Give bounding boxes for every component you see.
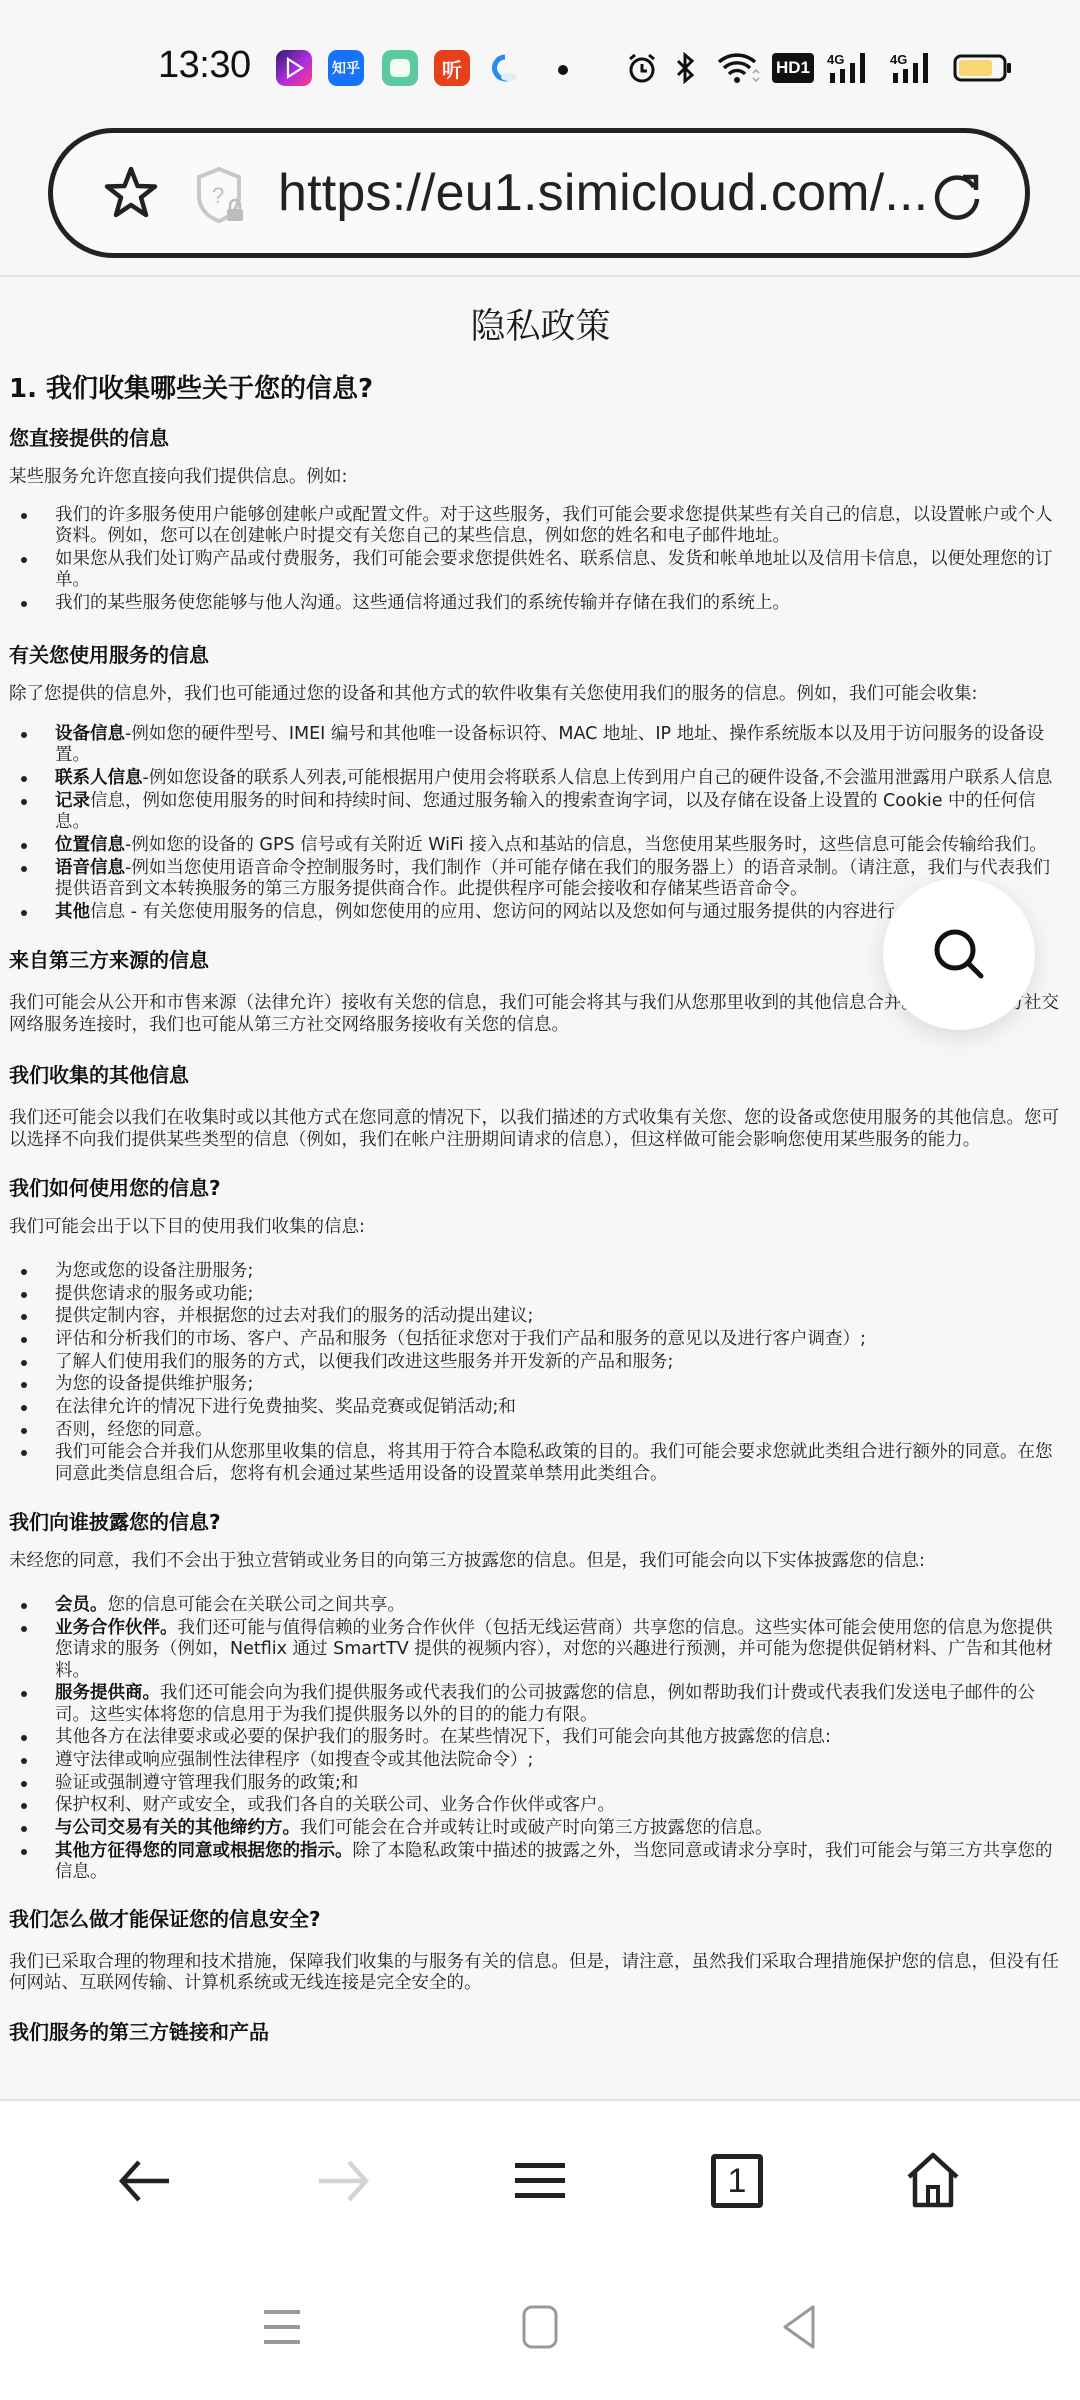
paragraph-security: 我们已采取合理的物理和技术措施，保障我们收集的与服务有关的信息。但是，请注意，虽…	[9, 1952, 1072, 1995]
list-item: 我们的某些服务使您能够与他人沟通。这些通信将通过我们的系统传输并存储在我们的系统…	[54, 593, 1072, 615]
paragraph-usage-intro: 除了您提供的信息外，我们也可能通过您的设备和其他方式的软件收集有关您使用我们的服…	[9, 684, 1072, 706]
system-home-button[interactable]	[505, 2292, 575, 2362]
status-bar: 13:30 知乎 听 HD1 4G 4G	[0, 0, 1080, 120]
arrow-left-icon	[117, 2156, 173, 2206]
list-item: 服务提供商。我们还可能会向为我们提供服务或代表我们的公司披露您的信息，例如帮助我…	[54, 1683, 1072, 1726]
item-label: 语音信息	[55, 858, 125, 878]
svg-text:?: ?	[212, 183, 224, 208]
direct-info-list: 我们的许多服务使用户能够创建帐户或配置文件。对于这些服务，我们可能会要求您提供某…	[9, 505, 1072, 615]
chat-app-notification-icon	[382, 50, 418, 86]
square-home-icon	[520, 2304, 560, 2350]
item-label: 位置信息	[55, 835, 125, 855]
list-item: 为您或您的设备注册服务;	[54, 1261, 1072, 1283]
list-item: 提供您请求的服务或功能;	[54, 1284, 1072, 1306]
bookmark-star-icon[interactable]	[101, 163, 161, 223]
site-security-shield-icon[interactable]: ?	[193, 165, 249, 225]
subheading-disclosure: 我们向谁披露您的信息?	[9, 1507, 1072, 1537]
wifi-icon	[716, 50, 760, 86]
forward-button[interactable]	[303, 2141, 383, 2221]
search-icon	[928, 923, 990, 985]
recents-icon	[262, 2307, 302, 2347]
item-label: 其他方征得您的同意或根据您的指示。	[55, 1841, 353, 1861]
svg-text:4G: 4G	[827, 52, 844, 67]
battery-icon	[953, 50, 1013, 86]
system-navigation-bar	[0, 2274, 1080, 2400]
back-button[interactable]	[105, 2141, 185, 2221]
list-item: 遵守法律或响应强制性法律程序（如搜查令或其他法院命令）;	[54, 1750, 1072, 1772]
menu-button[interactable]	[500, 2141, 580, 2221]
page-title: 隐私政策	[9, 304, 1072, 350]
tab-count-icon: 1	[711, 2154, 763, 2208]
list-item: 提供定制内容，并根据您的过去对我们的服务的活动提出建议;	[54, 1306, 1072, 1328]
home-button[interactable]	[893, 2141, 973, 2221]
item-label: 业务合作伙伴。	[55, 1618, 178, 1638]
how-use-list: 为您或您的设备注册服务; 提供您请求的服务或功能; 提供定制内容，并根据您的过去…	[9, 1261, 1072, 1486]
item-label: 与公司交易有关的其他缔约方。	[55, 1818, 300, 1838]
list-item: 验证或强制遵守管理我们服务的政策;和	[54, 1773, 1072, 1795]
address-bar[interactable]: ? https://eu1.simicloud.com/...	[48, 128, 1030, 258]
bluetooth-icon	[673, 50, 697, 86]
item-label: 服务提供商。	[55, 1683, 160, 1703]
item-label: 设备信息	[55, 724, 125, 744]
paragraph-disclosure-intro: 未经您的同意，我们不会出于独立营销或业务目的向第三方披露您的信息。但是，我们可能…	[9, 1551, 1072, 1573]
paragraph-direct-intro: 某些服务允许您直接向我们提供信息。例如:	[9, 467, 1072, 489]
web-page-content[interactable]: 隐私政策 1. 我们收集哪些关于您的信息? 您直接提供的信息 某些服务允许您直接…	[0, 277, 1080, 2099]
paragraph-other-collected: 我们还可能会以我们在收集时或以其他方式在您同意的情况下，以我们描述的方式收集有关…	[9, 1108, 1072, 1151]
alarm-icon	[625, 50, 659, 86]
subheading-security: 我们怎么做才能保证您的信息安全?	[9, 1904, 1072, 1934]
subheading-usage-info: 有关您使用服务的信息	[9, 640, 1072, 670]
list-item: 会员。您的信息可能会在关联公司之间共享。	[54, 1595, 1072, 1617]
video-app-notification-icon	[276, 50, 312, 86]
paragraph-how-use-intro: 我们可能会出于以下目的使用我们收集的信息:	[9, 1217, 1072, 1239]
list-item: 否则，经您的同意。	[54, 1420, 1072, 1442]
url-text[interactable]: https://eu1.simicloud.com/...	[278, 163, 928, 223]
browser-toolbar: 1	[0, 2099, 1080, 2274]
ting-app-notification-icon: 听	[434, 50, 470, 86]
subheading-third-party-links: 我们服务的第三方链接和产品	[9, 2017, 1072, 2047]
list-item: 我们可能会合并我们从您那里收集的信息，将其用于符合本隐私政策的目的。我们可能会要…	[54, 1442, 1072, 1485]
hamburger-menu-icon	[513, 2159, 567, 2203]
reload-icon[interactable]	[927, 165, 987, 225]
system-back-button[interactable]	[764, 2292, 834, 2362]
list-item: 其他方征得您的同意或根据您的指示。除了本隐私政策中描述的披露之外，当您同意或请求…	[54, 1841, 1072, 1884]
item-label: 会员。	[55, 1595, 108, 1615]
item-label: 其他	[55, 902, 90, 922]
cellular-signal-2-icon: 4G	[889, 50, 935, 86]
list-item: 其他各方在法律要求或必要的保护我们的服务时。在某些情况下，我们可能会向其他方披露…	[54, 1727, 1072, 1749]
triangle-back-icon	[779, 2304, 819, 2350]
section-heading-collect: 1. 我们收集哪些关于您的信息?	[9, 369, 1072, 409]
list-item: 了解人们使用我们的服务的方式，以便我们改进这些服务并开发新的产品和服务;	[54, 1352, 1072, 1374]
subheading-other-collected: 我们收集的其他信息	[9, 1060, 1072, 1090]
list-item: 业务合作伙伴。我们还可能与值得信赖的业务合作伙伴（包括无线运营商）共享您的信息。…	[54, 1618, 1072, 1683]
list-item: 在法律允许的情况下进行免费抽奖、奖品竞赛或促销活动;和	[54, 1397, 1072, 1419]
item-label: 联系人信息	[55, 768, 143, 788]
floating-search-button[interactable]	[883, 878, 1035, 1030]
item-label: 记录	[55, 791, 90, 811]
home-icon	[903, 2151, 963, 2211]
cloud-app-notification-icon	[487, 50, 523, 86]
list-item: 设备信息-例如您的硬件型号、IMEI 编号和其他唯一设备标识符、MAC 地址、I…	[54, 724, 1072, 767]
zhihu-notification-icon: 知乎	[328, 50, 364, 86]
list-item: 联系人信息-例如您设备的联系人列表,可能根据用户使用会将联系人信息上传到用户自己…	[54, 768, 1072, 790]
list-item: 位置信息-例如您的设备的 GPS 信号或有关附近 WiFi 接入点和基站的信息，…	[54, 835, 1072, 857]
list-item: 我们的许多服务使用户能够创建帐户或配置文件。对于这些服务，我们可能会要求您提供某…	[54, 505, 1072, 548]
recents-button[interactable]	[247, 2292, 317, 2362]
svg-text:4G: 4G	[890, 52, 907, 67]
list-item: 记录信息，例如您使用服务的时间和持续时间、您通过服务输入的搜索查询字词，以及存储…	[54, 791, 1072, 834]
hd-volte-icon: HD1	[773, 50, 813, 86]
cellular-signal-1-icon: 4G	[826, 50, 872, 86]
tabs-button[interactable]: 1	[697, 2141, 777, 2221]
list-item: 如果您从我们处订购产品或付费服务，我们可能会要求您提供姓名、联系信息、发货和帐单…	[54, 549, 1072, 592]
list-item: 为您的设备提供维护服务;	[54, 1374, 1072, 1396]
list-item: 评估和分析我们的市场、客户、产品和服务（包括征求您对于我们产品和服务的意见以及进…	[54, 1329, 1072, 1351]
clock: 13:30	[158, 44, 251, 87]
list-item: 保护权利、财产或安全，或我们各自的关联公司、业务合作伙伴或客户。	[54, 1795, 1072, 1817]
subheading-how-use: 我们如何使用您的信息?	[9, 1173, 1072, 1203]
more-notifications-dot	[558, 65, 568, 75]
arrow-right-icon	[315, 2156, 371, 2206]
list-item: 与公司交易有关的其他缔约方。我们可能会在合并或转让时或破产时向第三方披露您的信息…	[54, 1818, 1072, 1840]
disclosure-list: 会员。您的信息可能会在关联公司之间共享。 业务合作伙伴。我们还可能与值得信赖的业…	[9, 1595, 1072, 1884]
subheading-direct-info: 您直接提供的信息	[9, 423, 1072, 453]
